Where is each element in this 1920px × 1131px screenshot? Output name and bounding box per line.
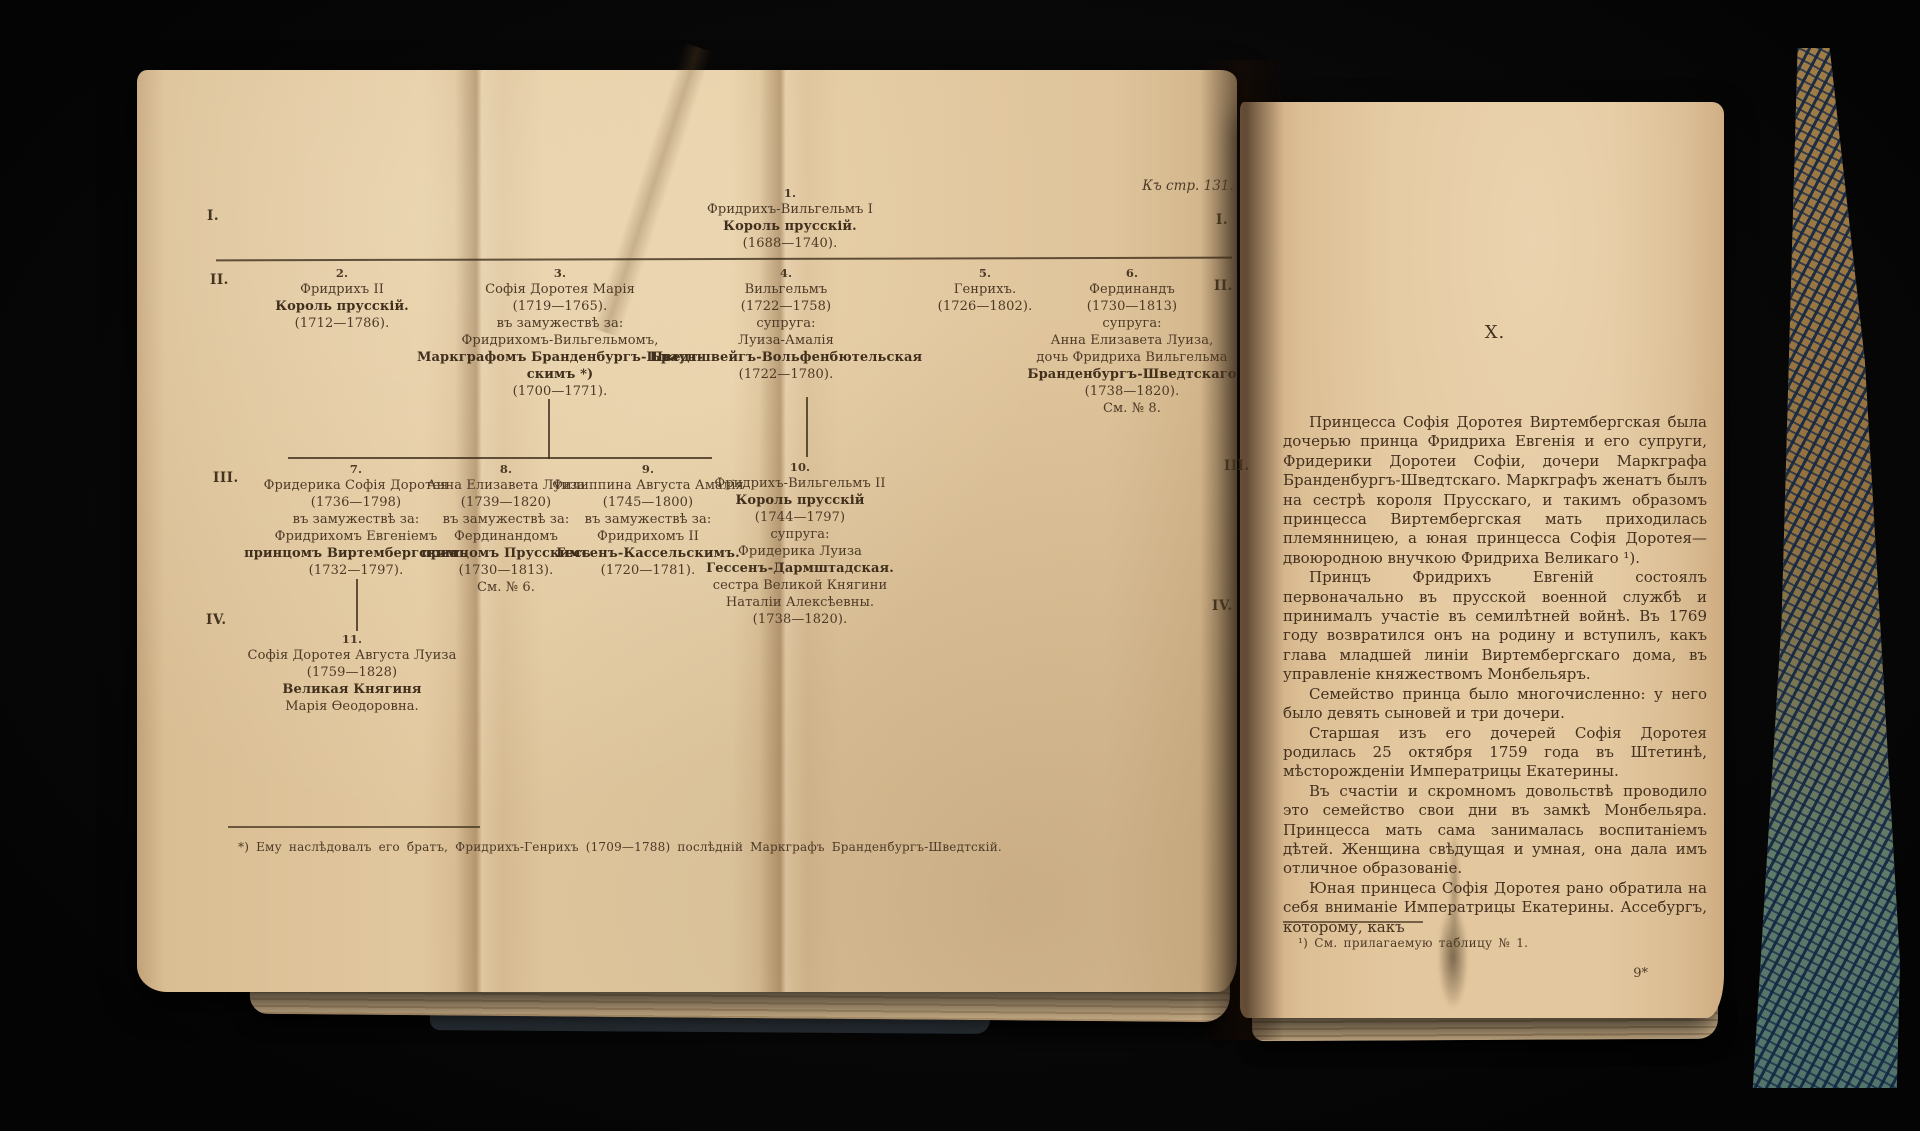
node-number: 1. bbox=[707, 186, 873, 201]
node-line: Король прусскій. bbox=[275, 298, 409, 315]
node-line: (1738—1820). bbox=[1027, 383, 1236, 400]
node-line: Гессенъ-Дармштадская. bbox=[706, 560, 894, 577]
node-line: Фердинандъ bbox=[1027, 281, 1236, 298]
node-line: (1722—1758) bbox=[650, 298, 922, 315]
generation-label-left-3: III. bbox=[213, 470, 239, 486]
node-number: 2. bbox=[275, 266, 409, 281]
node-line: Софія Доротея Августа Луиза bbox=[248, 647, 457, 664]
node-line: Анна Елизавета Луиза, bbox=[1027, 332, 1236, 349]
node-line: (1726—1802). bbox=[938, 298, 1033, 315]
node-line: (1722—1780). bbox=[650, 366, 922, 383]
chapter-heading: X. bbox=[1283, 322, 1707, 343]
node-line: Бранденбургъ-Шведтскаго bbox=[1027, 366, 1236, 383]
node-line: супруга: bbox=[1027, 315, 1236, 332]
node-line: супруга: bbox=[706, 526, 894, 543]
connector-node3-to-bracket bbox=[548, 399, 550, 459]
tree-node-4: 4.Вильгельмъ(1722—1758)супруга:Луиза-Ама… bbox=[650, 266, 922, 383]
generation-label-right-4: IV. bbox=[1212, 598, 1233, 614]
body-paragraph: Юная принцеса Софія Доротея рано обратил… bbox=[1283, 879, 1707, 937]
marbled-cover-edge bbox=[1740, 48, 1900, 1088]
node-line: супруга: bbox=[650, 315, 922, 332]
tree-node-1: 1.Фридрихъ-Вильгельмъ IКороль прусскій.(… bbox=[707, 186, 873, 252]
node-line: Наталіи Алексѣевны. bbox=[706, 594, 894, 611]
generation-label-right-3: III. bbox=[1224, 458, 1250, 474]
node-line: Король прусскій bbox=[706, 492, 894, 509]
body-paragraph: Принцесса Софія Доротея Виртембергская б… bbox=[1283, 413, 1707, 568]
footnote-separator-left bbox=[228, 826, 480, 828]
node-number: 6. bbox=[1027, 266, 1236, 281]
node-line: Фридрихъ-Вильгельмъ II bbox=[706, 475, 894, 492]
node-line: (1759—1828) bbox=[248, 664, 457, 681]
page-reference-note: Къ стр. 131. bbox=[1128, 178, 1248, 194]
tree-node-6: 6.Фердинандъ(1730—1813)супруга:Анна Елиз… bbox=[1027, 266, 1236, 417]
generation-label-left-1: I. bbox=[207, 208, 219, 224]
node-line: сестра Великой Княгини bbox=[706, 577, 894, 594]
node-line: (1738—1820). bbox=[706, 611, 894, 628]
body-paragraph: Семейство принца было многочисленно: у н… bbox=[1283, 685, 1707, 724]
node-number: 10. bbox=[706, 460, 894, 475]
footnote-left: *) Ему наслѣдовалъ его братъ, Фридрихъ-Г… bbox=[238, 840, 1238, 854]
footnote-right: ¹) См. прилагаемую таблицу № 1. bbox=[1298, 936, 1698, 950]
signature-mark: 9* bbox=[1608, 966, 1648, 981]
body-paragraph: Принцъ Фридрихъ Евгеній состоялъ первона… bbox=[1283, 568, 1707, 684]
node-line: дочь Фридриха Вильгельма bbox=[1027, 349, 1236, 366]
node-line: Фридрихъ II bbox=[275, 281, 409, 298]
node-line: Брауншвейгъ-Вольфенбютельская bbox=[650, 349, 922, 366]
generation-label-left-2: II. bbox=[210, 272, 229, 288]
node-number: 5. bbox=[938, 266, 1033, 281]
node-line: См. № 6. bbox=[421, 579, 590, 596]
node-line: Фридерика Луиза bbox=[706, 543, 894, 560]
node-line: (1712—1786). bbox=[275, 315, 409, 332]
node-number: 11. bbox=[248, 632, 457, 647]
node-number: 4. bbox=[650, 266, 922, 281]
node-line: Вильгельмъ bbox=[650, 281, 922, 298]
node-line: Фридрихъ-Вильгельмъ I bbox=[707, 201, 873, 218]
node-line: Король прусскій. bbox=[707, 218, 873, 235]
node-line: Генрихъ. bbox=[938, 281, 1033, 298]
scene: Къ стр. 131. I. II. III. IV. I. II. III.… bbox=[0, 0, 1920, 1131]
connector-node7-to-node11 bbox=[356, 579, 358, 631]
body-paragraph: Старшая изъ его дочерей Софія Доротея ро… bbox=[1283, 724, 1707, 782]
connector-node4-to-node10 bbox=[806, 397, 808, 457]
node-line: (1730—1813) bbox=[1027, 298, 1236, 315]
node-line: (1700—1771). bbox=[417, 383, 703, 400]
body-paragraph: Въ счастіи и скромномъ довольствѣ провод… bbox=[1283, 782, 1707, 879]
body-paragraphs: Принцесса Софія Доротея Виртембергская б… bbox=[1283, 413, 1707, 937]
generation-label-right-1: I. bbox=[1216, 212, 1228, 228]
node-line: Марія Ѳеодоровна. bbox=[248, 698, 457, 715]
tree-node-10: 10.Фридрихъ-Вильгельмъ IIКороль прусскій… bbox=[706, 460, 894, 628]
footnote-separator-right bbox=[1283, 921, 1423, 923]
node-line: (1744—1797) bbox=[706, 509, 894, 526]
tree-node-11: 11.Софія Доротея Августа Луиза(1759—1828… bbox=[248, 632, 457, 715]
node-line: (1688—1740). bbox=[707, 235, 873, 252]
node-line: См. № 8. bbox=[1027, 400, 1236, 417]
tree-node-2: 2.Фридрихъ IIКороль прусскій.(1712—1786)… bbox=[275, 266, 409, 332]
tree-node-5: 5.Генрихъ.(1726—1802). bbox=[938, 266, 1033, 315]
node-line: Луиза-Амалія bbox=[650, 332, 922, 349]
node-line: Великая Княгиня bbox=[248, 681, 457, 698]
sibling-bracket-line bbox=[288, 457, 712, 459]
generation-label-left-4: IV. bbox=[206, 612, 227, 628]
